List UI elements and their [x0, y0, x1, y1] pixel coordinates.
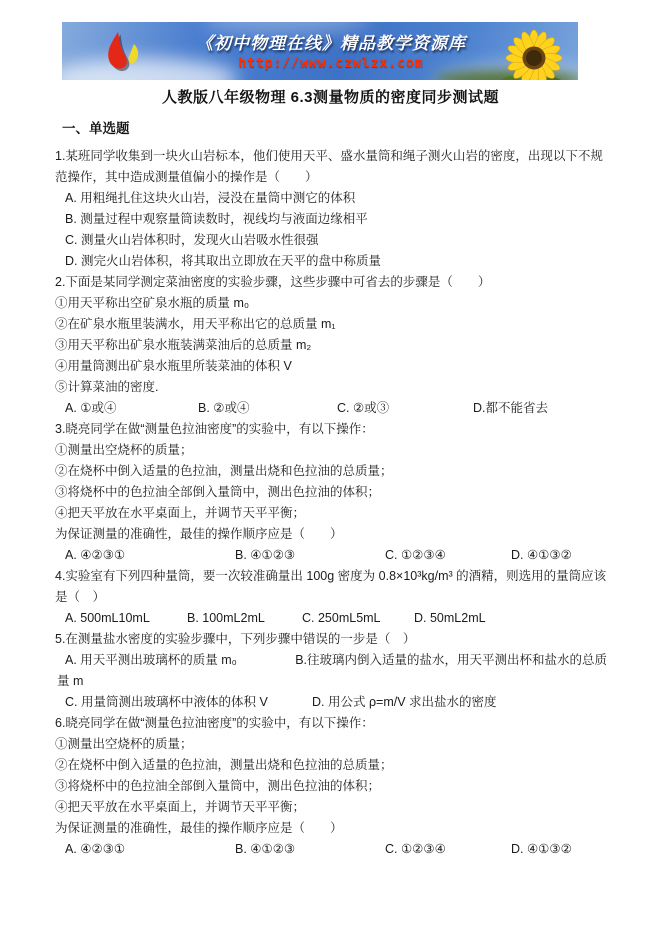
question-2-options-row: A. ①或④ B. ②或④ C. ②或③ D.都不能省去 [55, 398, 607, 419]
question-2-option-b: B. ②或④ [198, 398, 337, 419]
question-2-option-d: D.都不能省去 [473, 398, 548, 419]
question-1-option-d: D. 测完火山岩体积，将其取出立即放在天平的盘中称质量 [55, 251, 607, 272]
question-6-option-c: C. ①②③④ [385, 839, 511, 860]
site-banner: 《初中物理在线》精品教学资源库 http://www.czwlzx.com [62, 22, 578, 80]
question-6-step-1: ①测量出空烧杯的质量； [55, 734, 607, 755]
question-1-option-b: B. 测量过程中观察量筒读数时，视线均与液面边缘相平 [55, 209, 607, 230]
question-3-step-4: ④把天平放在水平桌面上，并调节天平平衡； [55, 503, 607, 524]
question-6-option-d: D. ④①③② [511, 839, 572, 860]
question-5-option-b: B.往玻璃内倒入适量的盐水，用天平测出杯和盐水的总质 [295, 650, 607, 671]
question-5-options-row-1: A. 用天平测出玻璃杯的质量 m₀ B.往玻璃内倒入适量的盐水，用天平测出杯和盐… [55, 650, 607, 671]
question-3-option-a: A. ④②③① [65, 545, 235, 566]
question-1-stem: 1.某班同学收集到一块火山岩标本，他们使用天平、盛水量筒和绳子测火山岩的密度，出… [55, 146, 607, 188]
document-title: 人教版八年级物理 6.3测量物质的密度同步测试题 [0, 86, 661, 107]
question-1-option-c: C. 测量火山岩体积时，发现火山岩吸水性很强 [55, 230, 607, 251]
question-2: 2.下面是某同学测定菜油密度的实验步骤，这些步骤中可省去的步骤是（ ） ①用天平… [55, 272, 607, 419]
question-3-step-3: ③将烧杯中的色拉油全部倒入量筒中，测出色拉油的体积； [55, 482, 607, 503]
question-5-option-b-continued: 量 m [55, 671, 607, 692]
sunflower-icon [490, 28, 576, 80]
question-6-step-2: ②在烧杯中倒入适量的色拉油，测量出烧和色拉油的总质量； [55, 755, 607, 776]
question-6: 6.晓亮同学在做“测量色拉油密度”的实验中，有以下操作： ①测量出空烧杯的质量；… [55, 713, 607, 860]
question-5-options-row-2: C. 用量筒测出玻璃杯中液体的体积 V D. 用公式 ρ=m/V 求出盐水的密度 [55, 692, 607, 713]
question-3-options-row: A. ④②③① B. ④①②③ C. ①②③④ D. ④①③② [55, 545, 607, 566]
question-5-option-a: A. 用天平测出玻璃杯的质量 m₀ [65, 650, 295, 671]
question-6-closing: 为保证测量的准确性，最佳的操作顺序应是（ ） [55, 818, 607, 839]
question-2-step-2: ②在矿泉水瓶里装满水，用天平称出它的总质量 m₁ [55, 314, 607, 335]
flame-logo-icon [100, 28, 150, 74]
question-2-step-5: ⑤计算菜油的密度. [55, 377, 607, 398]
question-6-option-a: A. ④②③① [65, 839, 235, 860]
question-3: 3.晓亮同学在做“测量色拉油密度”的实验中，有以下操作： ①测量出空烧杯的质量；… [55, 419, 607, 566]
question-4-option-b: B. 100mL2mL [187, 608, 302, 629]
question-6-step-3: ③将烧杯中的色拉油全部倒入量筒中，测出色拉油的体积； [55, 776, 607, 797]
question-2-stem: 2.下面是某同学测定菜油密度的实验步骤，这些步骤中可省去的步骤是（ ） [55, 272, 607, 293]
question-2-step-4: ④用量筒测出矿泉水瓶里所装菜油的体积 V [55, 356, 607, 377]
question-area: 1.某班同学收集到一块火山岩标本，他们使用天平、盛水量筒和绳子测火山岩的密度，出… [55, 146, 607, 860]
question-5-stem: 5.在测量盐水密度的实验步骤中，下列步骤中错误的一步是（ ） [55, 629, 607, 650]
banner-site-title: 《初中物理在线》精品教学资源库 [180, 29, 482, 54]
question-3-option-b: B. ④①②③ [235, 545, 385, 566]
banner-text-block: 《初中物理在线》精品教学资源库 http://www.czwlzx.com [180, 29, 482, 71]
question-3-stem: 3.晓亮同学在做“测量色拉油密度”的实验中，有以下操作： [55, 419, 607, 440]
question-6-step-4: ④把天平放在水平桌面上，并调节天平平衡； [55, 797, 607, 818]
document-page: 《初中物理在线》精品教学资源库 http://www.czwlzx.com [0, 0, 661, 936]
question-4-stem: 4.实验室有下列四种量筒，要一次较准确量出 100g 密度为 0.8×10³kg… [55, 566, 607, 608]
question-3-step-1: ①测量出空烧杯的质量； [55, 440, 607, 461]
question-2-step-3: ③用天平称出矿泉水瓶装满菜油后的总质量 m₂ [55, 335, 607, 356]
question-3-step-2: ②在烧杯中倒入适量的色拉油，测量出烧和色拉油的总质量； [55, 461, 607, 482]
section-heading: 一、单选题 [62, 117, 130, 137]
question-3-closing: 为保证测量的准确性，最佳的操作顺序应是（ ） [55, 524, 607, 545]
question-4-option-c: C. 250mL5mL [302, 608, 414, 629]
question-4-options-row: A. 500mL10mL B. 100mL2mL C. 250mL5mL D. … [55, 608, 607, 629]
question-1: 1.某班同学收集到一块火山岩标本，他们使用天平、盛水量筒和绳子测火山岩的密度，出… [55, 146, 607, 272]
question-4-option-a: A. 500mL10mL [65, 608, 187, 629]
question-4: 4.实验室有下列四种量筒，要一次较准确量出 100g 密度为 0.8×10³kg… [55, 566, 607, 629]
question-6-stem: 6.晓亮同学在做“测量色拉油密度”的实验中，有以下操作： [55, 713, 607, 734]
question-1-option-a: A. 用粗绳扎住这块火山岩，浸没在量筒中测它的体积 [55, 188, 607, 209]
question-2-option-a: A. ①或④ [65, 398, 198, 419]
banner-site-url: http://www.czwlzx.com [180, 56, 482, 71]
question-6-options-row: A. ④②③① B. ④①②③ C. ①②③④ D. ④①③② [55, 839, 607, 860]
question-3-option-d: D. ④①③② [511, 545, 572, 566]
question-2-step-1: ①用天平称出空矿泉水瓶的质量 m₀ [55, 293, 607, 314]
question-3-option-c: C. ①②③④ [385, 545, 511, 566]
question-6-option-b: B. ④①②③ [235, 839, 385, 860]
question-5: 5.在测量盐水密度的实验步骤中，下列步骤中错误的一步是（ ） A. 用天平测出玻… [55, 629, 607, 713]
question-5-option-c: C. 用量筒测出玻璃杯中液体的体积 V [65, 692, 312, 713]
question-4-option-d: D. 50mL2mL [414, 608, 486, 629]
question-2-option-c: C. ②或③ [337, 398, 473, 419]
question-5-option-d: D. 用公式 ρ=m/V 求出盐水的密度 [312, 692, 607, 713]
